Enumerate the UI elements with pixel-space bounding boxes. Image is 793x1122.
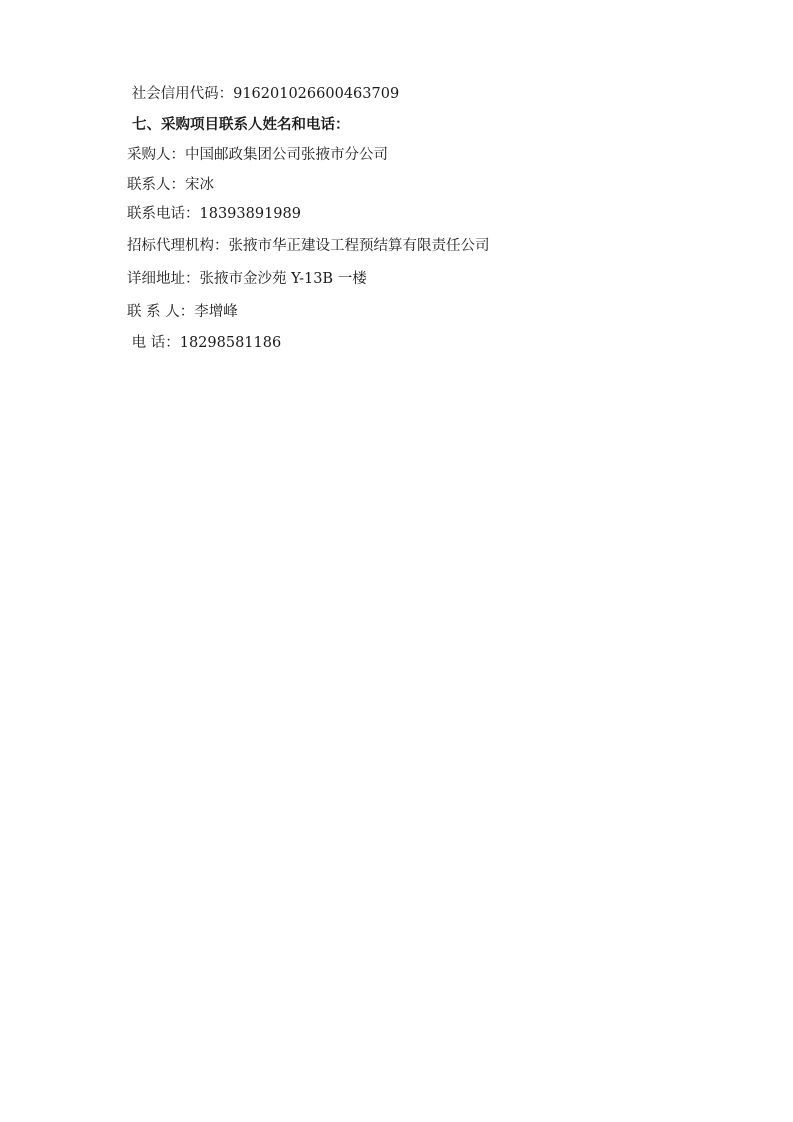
credit-code-line: 社会信用代码：916201026600463709 — [127, 84, 399, 104]
agency-line: 招标代理机构：张掖市华正建设工程预结算有限责任公司 — [127, 236, 490, 256]
purchaser-contact-line: 联系人：宋冰 — [127, 175, 214, 195]
agency-address-line: 详细地址：张掖市金沙苑 Y-13B 一楼 — [127, 269, 367, 289]
section-heading: 七、采购项目联系人姓名和电话： — [127, 115, 350, 135]
purchaser-line: 采购人：中国邮政集团公司张掖市分公司 — [127, 145, 388, 165]
purchaser-phone-line: 联系电话：18393891989 — [127, 204, 301, 224]
agency-phone-line: 电 话：18298581186 — [127, 333, 281, 353]
agency-contact-line: 联 系 人：李增峰 — [127, 302, 238, 322]
